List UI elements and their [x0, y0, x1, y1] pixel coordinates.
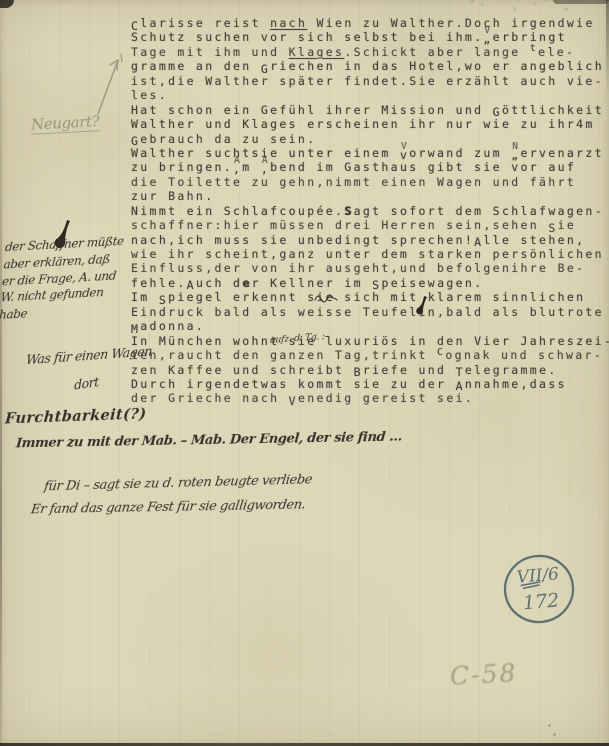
- typescript-line: Clarisse reist nach Wien zu Walther.Doch…: [131, 16, 607, 30]
- typescript-line: zen Kaffee und schreibt Briefe und Teleg…: [131, 363, 607, 377]
- typescript-line: Walther und Klages erscheinen ihr nur wi…: [131, 117, 607, 131]
- shelfmark: C-58: [449, 658, 518, 690]
- deletion-mark-small-icon: [413, 295, 429, 315]
- stamp-number: 172: [522, 589, 560, 614]
- typescript-line: die Toilette zu gehn,nimmt einen Wagen u…: [131, 175, 607, 189]
- scrawl-line-a: für Di – sagt sie zu d. roten beugte ver…: [43, 472, 313, 494]
- typescript-line: ten,raucht den ganzen Tag,trinkt Cognak …: [131, 348, 607, 362]
- interline-squiggle-icon: [314, 293, 338, 303]
- margin-scrawl-heading: Furchtbarkeit(?): [4, 406, 147, 428]
- ghost-type-marks: ʼ· ˙ˌ ·ʼ ¸˙: [470, 0, 608, 13]
- paper-speck: [337, 125, 340, 127]
- scrawl-long-line: Immer zu mit der Mab. – Mab. Der Engel, …: [15, 430, 402, 452]
- typescript-line: Gebrauch da zu sein.: [131, 132, 607, 146]
- pencil-arrow-icon: [88, 50, 128, 118]
- typescript-line: Madonna.: [131, 319, 607, 333]
- typescript-line: nach,ich muss sie unbedingt sprechen!All…: [131, 233, 607, 247]
- typescript-line: schaffner:hier müssen drei Herren sein,s…: [131, 218, 607, 232]
- manuscript-page: Clarisse reist nach Wien zu Walther.Doch…: [0, 0, 609, 746]
- typescript-line: Im Spiegel erkennt sie sich mit klarem s…: [131, 290, 607, 304]
- archive-stamp: VII/6 172: [499, 552, 579, 628]
- typescript-line: les.: [131, 88, 607, 102]
- scrawl-line-b: Er fand das ganze Fest für sie galligwor…: [30, 498, 306, 518]
- typescript-line: Tage mit ihm und Klages.Schickt aber lan…: [131, 45, 607, 59]
- typescript-line: Walther suchtsie unter einem vVorwand zu…: [131, 146, 607, 160]
- photo-edge-left: [0, 0, 2, 746]
- stamp-folio: VII/6: [516, 564, 560, 588]
- stamp-circle-icon: [501, 552, 577, 626]
- typescript-line: wie ihr scheint,ganz unter dem starken p…: [131, 247, 607, 261]
- typescript-line: zur Bahn.: [131, 189, 607, 203]
- typescript-line: Durch irgendetwas kommt sie zu der Annah…: [131, 377, 607, 391]
- typescript-line: zu bringen.,Am ,Abend im Gasthaus gibt s…: [131, 160, 607, 174]
- margin-word: dort: [74, 374, 99, 393]
- typescript-line: der Grieche nach Venedig gereist sei.: [131, 391, 607, 405]
- typescript-line: Nimmt ein Schlafcoupée.Sagt sofort dem S…: [131, 204, 607, 218]
- paper-speck: [553, 733, 556, 736]
- typescript-line: Eindruck bald als weisse Teufelin,bald a…: [131, 305, 607, 319]
- typescript-block: Clarisse reist nach Wien zu Walther.Doch…: [131, 16, 607, 406]
- photo-corner-top-left: [0, 0, 14, 8]
- typescript-line: gramme an den Griechen in das Hotel,wo e…: [131, 59, 607, 73]
- typescript-line: Einfluss,der von ihr ausgeht,und befolge…: [131, 261, 607, 275]
- typescript-line: In München wohnt sie luxuriös in den Vie…: [131, 334, 607, 348]
- typescript-line: fehle.Auch der Kellner im Speisewagen.: [131, 276, 607, 290]
- margin-note-conductor: der Schaffner müßteaber erklären, daßer …: [0, 232, 138, 323]
- paper-speck: [548, 724, 551, 727]
- typescript-line: Hat schon ein Gefühl ihrer Mission und G…: [131, 103, 607, 117]
- typescript-line: ist,die Walther später findet.Sie erzähl…: [131, 74, 607, 88]
